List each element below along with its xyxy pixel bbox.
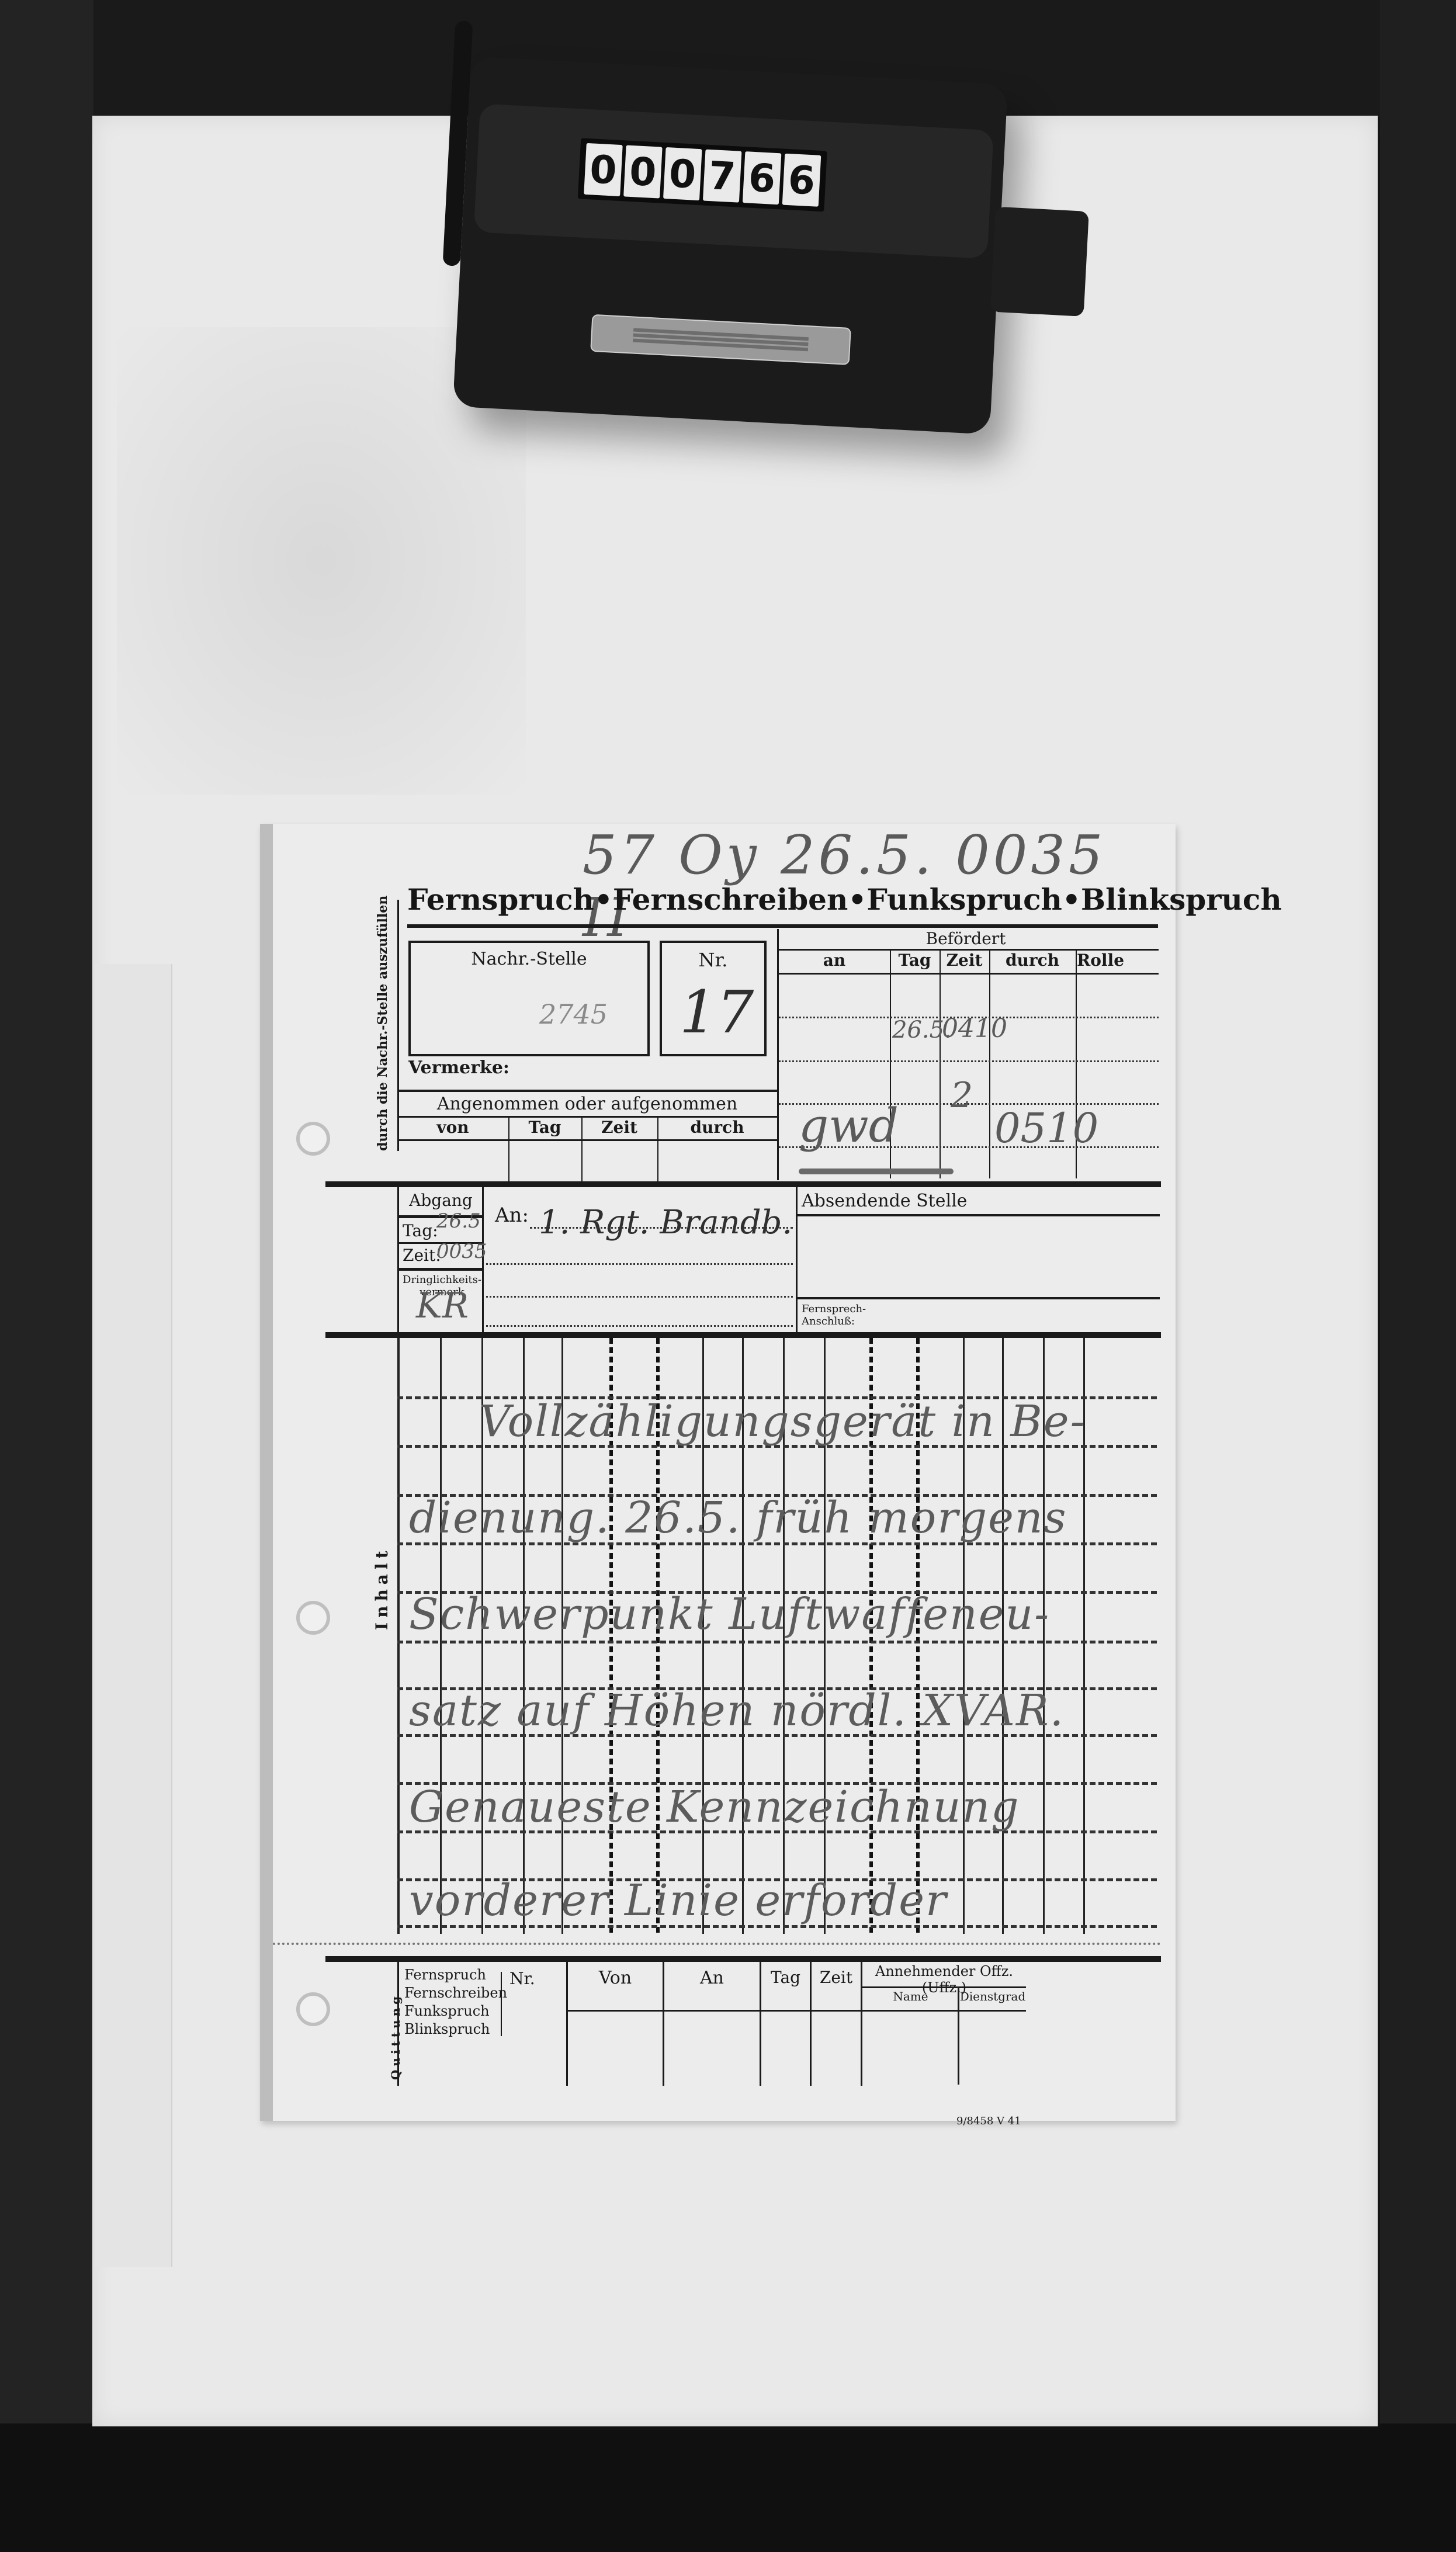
befoerdert-zeit-2: 2	[951, 1075, 973, 1116]
message-form: 57 Oy 26.5. 0035 II Fernspruch • Fernsch…	[260, 824, 1176, 2121]
quittung-col-an: An	[664, 1968, 760, 1988]
angenommen-header-row: von Tag Zeit durch	[397, 1118, 777, 1139]
quittung-types: Fernspruch Fernschreiben Funkspruch Blin…	[404, 1966, 507, 2038]
nachr-stelle-box: Nachr.-Stelle 2745	[408, 941, 650, 1056]
message-line-4: satz auf Höhen nördl. XVAR.	[409, 1686, 1065, 1736]
message-line-5: Genaueste Kennzeichnung	[409, 1782, 1020, 1832]
section-divider-2	[325, 1332, 1161, 1338]
angenommen-divider	[508, 1118, 509, 1182]
title-fernschreiben: Fernschreiben	[613, 882, 848, 917]
form-number: 9/8458 V 41	[956, 2115, 1021, 2127]
film-frame-right	[1380, 0, 1456, 2552]
quittung-type: Fernschreiben	[404, 1984, 507, 2002]
quittung-left-border	[397, 1960, 399, 2086]
absendende-line	[798, 1214, 1160, 1216]
grid-row	[397, 1641, 1157, 1643]
befoerdert-header-line	[779, 973, 1159, 975]
message-line-1: Vollzähligungsgerät in Be-	[479, 1396, 1086, 1447]
quittung-col-name: Name	[862, 1989, 959, 2003]
angenommen-topline	[397, 1090, 777, 1092]
binder-hole	[296, 1992, 330, 2026]
frame-counter-device: 0 0 0 7 6 6	[453, 56, 1008, 434]
befoerdert-zeit-1: 0410	[942, 1014, 1007, 1043]
section-divider-1	[325, 1181, 1161, 1187]
quittung-divider	[501, 1972, 502, 2036]
befoerdert-col-durch: durch	[989, 951, 1076, 973]
angenommen-col-tag: Tag	[508, 1118, 581, 1139]
form-title: Fernspruch • Fernschreiben • Funkspruch …	[407, 882, 1167, 917]
quittung-col-von: Von	[568, 1968, 663, 1988]
grid-border	[397, 1338, 400, 1934]
strike-mark	[799, 1168, 954, 1174]
quittung-line	[862, 1986, 1026, 1988]
an-value: 1. Rgt. Brandb.	[539, 1204, 792, 1242]
befoerdert-col-an: an	[779, 951, 890, 973]
abgang-label: Abgang	[401, 1191, 480, 1210]
fernsprech-anschluss-label: Fernsprech-Anschluß:	[802, 1303, 878, 1327]
abgang-tag-label: Tag:	[403, 1221, 438, 1240]
binder-hole	[296, 1601, 330, 1635]
quittung-col-zeit: Zeit	[812, 1968, 861, 1987]
quittung-type: Fernspruch	[404, 1966, 507, 1984]
absendende-line	[798, 1297, 1160, 1299]
absendende-left-border	[796, 1186, 798, 1332]
angenommen-col-von: von	[397, 1118, 508, 1139]
an-label: An:	[495, 1204, 529, 1227]
an-line	[486, 1296, 793, 1298]
title-separator: •	[848, 882, 866, 917]
quittung-header-line	[568, 2010, 1026, 2012]
counter-digit: 6	[782, 154, 821, 207]
message-line-2: dienung. 26.5. früh morgens	[409, 1493, 1067, 1543]
film-frame-bottom	[0, 2423, 1456, 2552]
quittung-side-label: Quittung	[389, 1993, 403, 2080]
befoerdert-col-tag: Tag	[890, 951, 940, 973]
counter-digit: 0	[623, 145, 663, 198]
nachr-stelle-label: Nachr.-Stelle	[411, 949, 647, 969]
angenommen-title: Angenommen oder aufgenommen	[397, 1094, 777, 1114]
message-line-6: vorderer Linie erforder	[409, 1875, 947, 1926]
counter-nameplate	[590, 314, 851, 365]
counter-reset-knob	[990, 207, 1089, 317]
quittung-col-dienstgrad: Dienstgrad	[959, 1989, 1026, 2003]
befoerdert-col-zeit: Zeit	[940, 951, 989, 973]
befoerdert-an-2: gwd	[799, 1098, 899, 1153]
title-blinkspruch: Blinkspruch	[1081, 882, 1282, 917]
befoerdert-row-line	[779, 1060, 1159, 1062]
title-funkspruch: Funkspruch	[866, 882, 1062, 917]
angenommen-divider	[581, 1118, 583, 1182]
befoerdert-header-row: an Tag Zeit durch Rolle	[779, 951, 1159, 973]
quittung-col-nr: Nr.	[509, 1969, 535, 1988]
side-label-nachr: durch die Nachr.-Stelle auszufüllen	[375, 896, 390, 1151]
section-divider-3	[325, 1956, 1161, 1962]
quittung-type: Blinkspruch	[404, 2020, 507, 2038]
angenommen-col-durch: durch	[657, 1118, 777, 1139]
board-edge-strip	[95, 964, 172, 2267]
vermerke-label: Vermerke:	[408, 1057, 509, 1078]
inhalt-grid: Vollzähligungsgerät in Be- dienung. 26.5…	[397, 1338, 1157, 1934]
counter-digits: 0 0 0 7 6 6	[578, 138, 827, 211]
an-line	[486, 1263, 793, 1265]
abgang-left-border	[397, 1186, 399, 1332]
befoerdert-title: Befördert	[779, 929, 1153, 948]
counter-digit: 0	[584, 143, 623, 196]
inhalt-side-label: Inhalt	[372, 1546, 391, 1630]
nr-label: Nr.	[662, 949, 764, 971]
an-line	[486, 1325, 793, 1327]
film-frame-left	[0, 0, 93, 2552]
quittung-col-tag: Tag	[761, 1968, 810, 1987]
angenommen-col-zeit: Zeit	[581, 1118, 657, 1139]
title-separator: •	[594, 882, 613, 917]
befoerdert-divider	[940, 951, 941, 1178]
nr-value: 17	[680, 978, 754, 1046]
abgang-zeit-label: Zeit:	[403, 1246, 441, 1265]
quittung-type: Funkspruch	[404, 2002, 507, 2020]
counter-digit: 0	[663, 147, 702, 200]
tear-line	[273, 1943, 1161, 1945]
befoerdert-divider	[989, 951, 990, 1178]
abgang-tag-value: 26.5	[436, 1209, 481, 1233]
counter-digit: 6	[743, 151, 782, 204]
befoerdert-durch-2: 0510	[994, 1104, 1098, 1152]
nachr-stelle-value: 2745	[539, 998, 608, 1030]
title-fernspruch: Fernspruch	[407, 882, 594, 917]
angenommen-divider	[657, 1118, 658, 1182]
absendende-stelle-label: Absendende Stelle	[802, 1191, 967, 1211]
message-line-3: Schwerpunkt Luftwaffeneu-	[409, 1589, 1050, 1639]
dringlichkeit-value: KR	[416, 1285, 469, 1326]
title-separator: •	[1062, 882, 1081, 917]
angenommen-headerline	[397, 1139, 777, 1141]
befoerdert-col-rolle: Rolle	[1076, 951, 1125, 973]
nr-box: Nr. 17	[660, 941, 767, 1056]
binder-hole	[296, 1122, 330, 1156]
abgang-line	[399, 1268, 482, 1271]
abgang-zeit-value: 0035	[436, 1240, 487, 1263]
counter-digit: 7	[703, 150, 742, 203]
title-underline	[407, 924, 1158, 928]
